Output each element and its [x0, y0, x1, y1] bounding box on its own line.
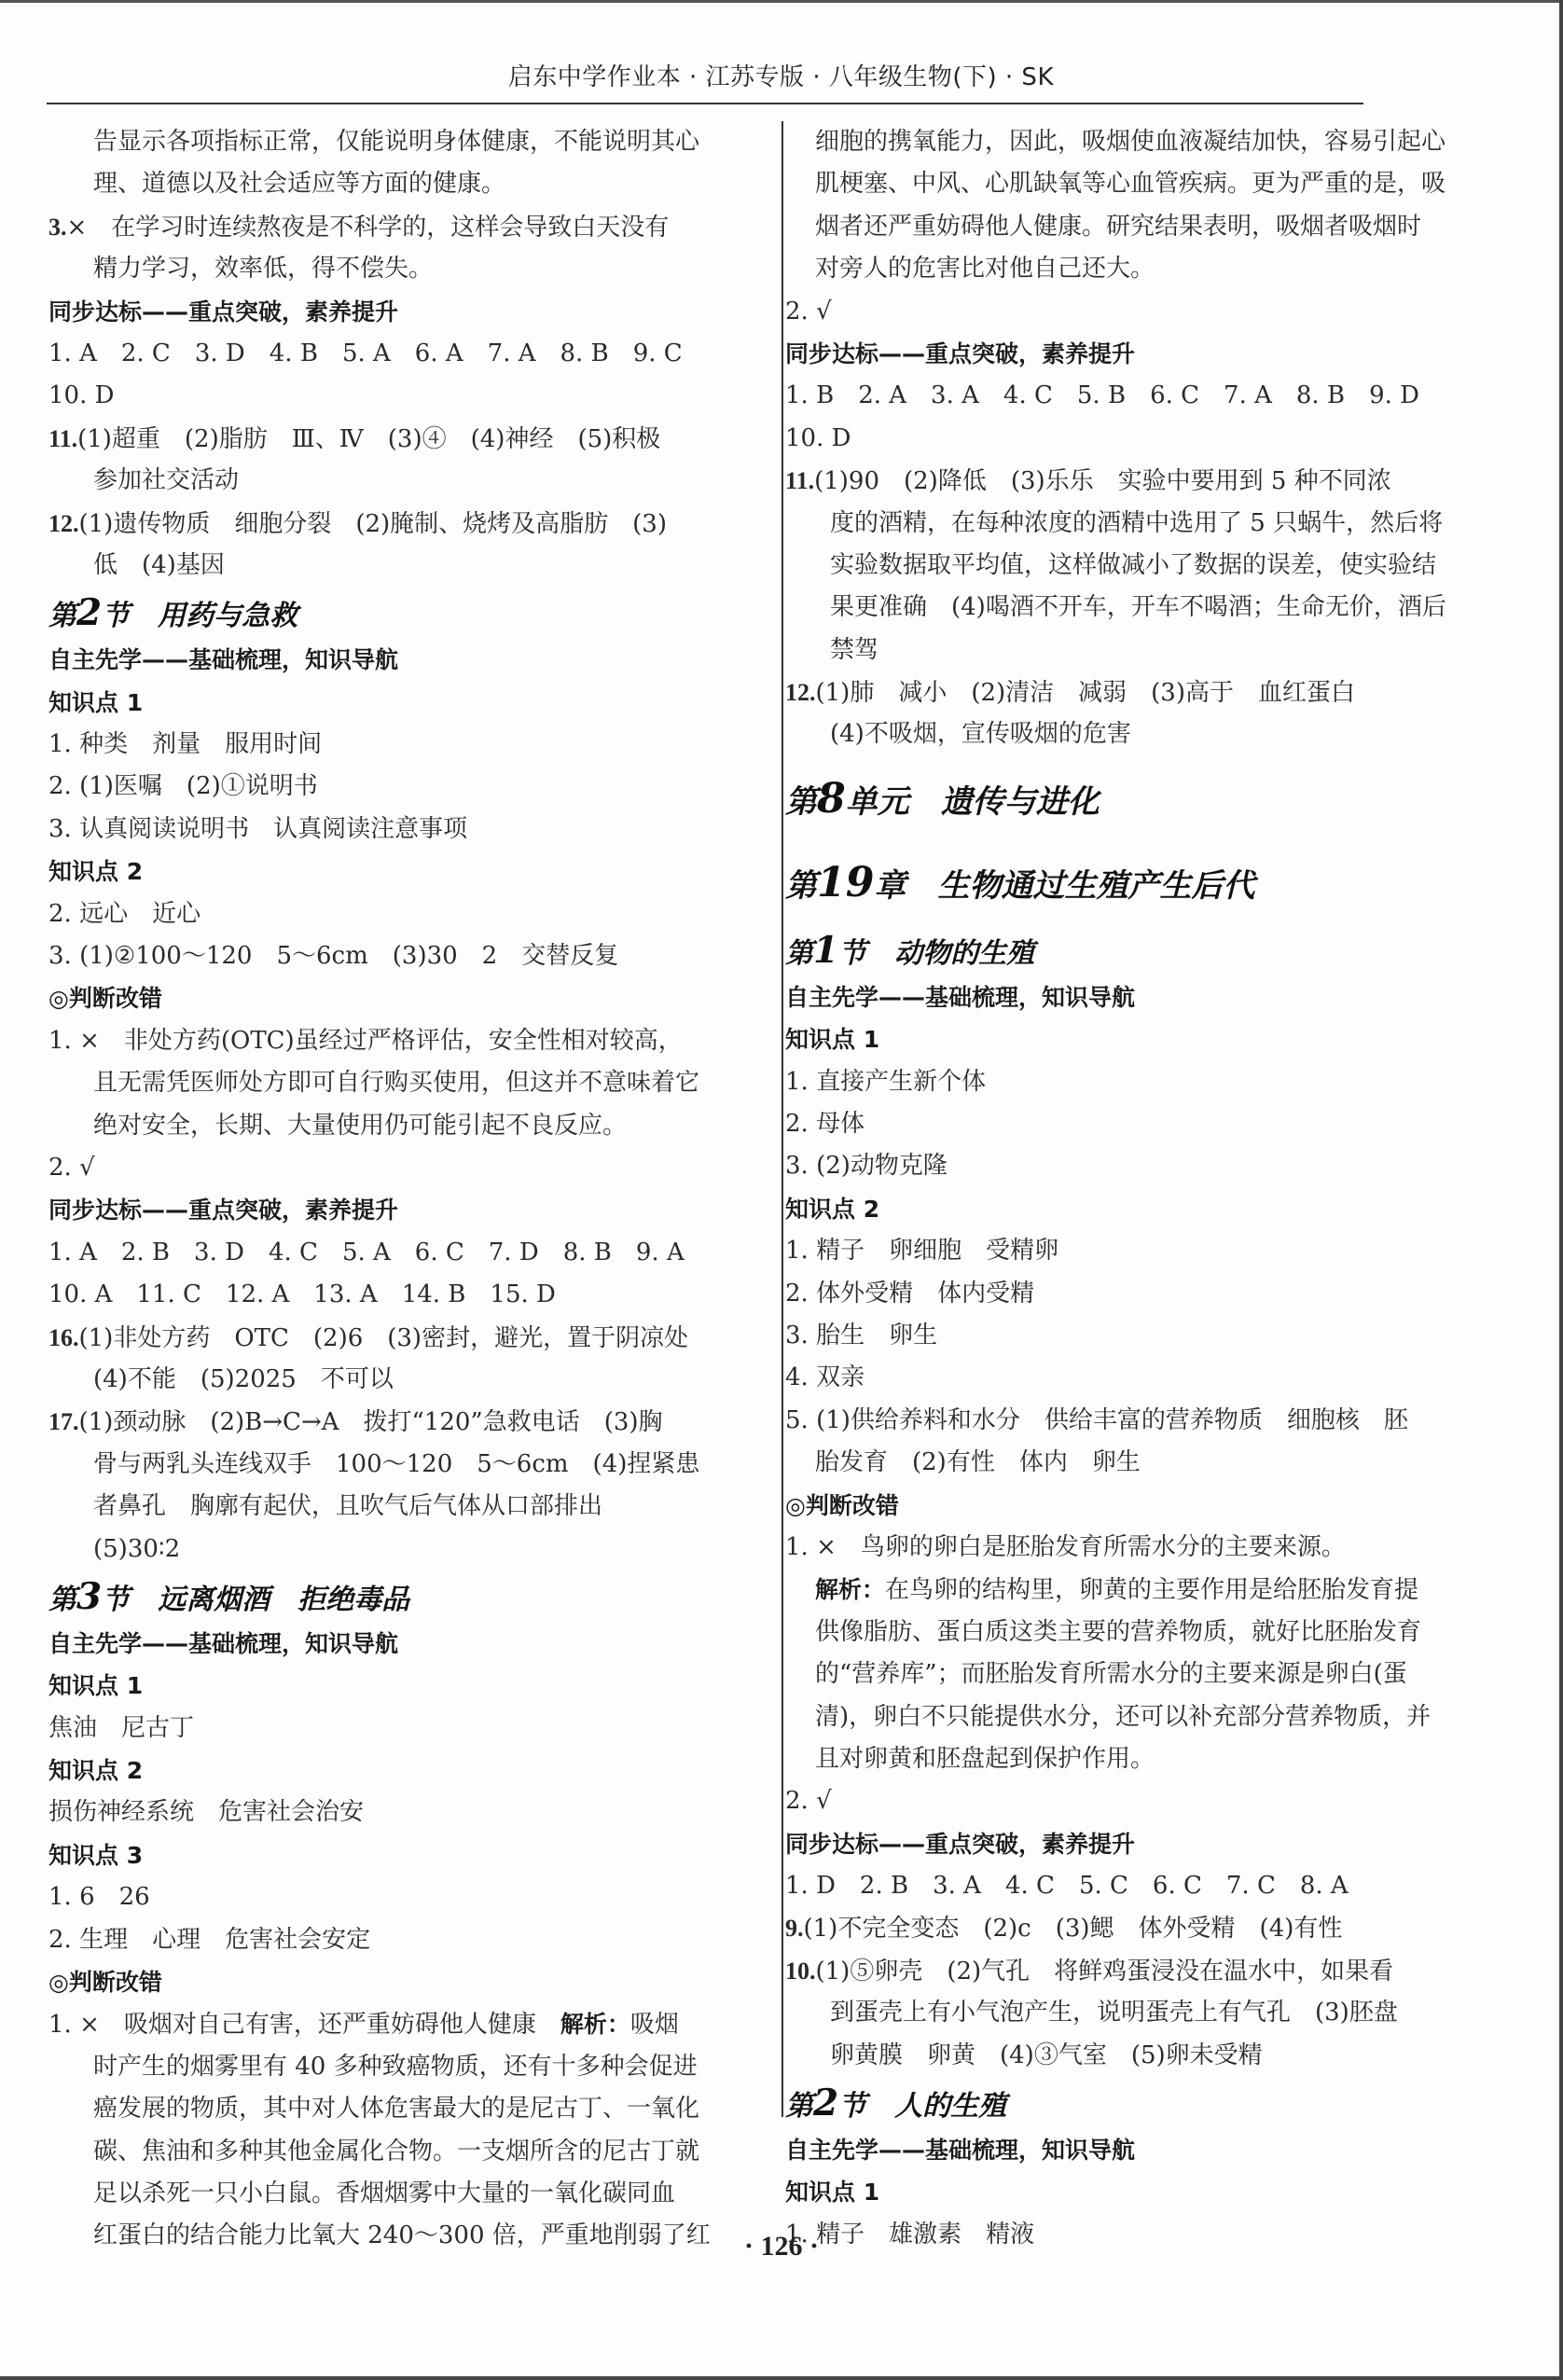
exercise-heading: 同步达标——重点突破，素养提升 [785, 333, 1468, 375]
page-border-bottom [0, 2376, 1563, 2380]
text-line: 参加社交活动 [48, 460, 729, 502]
text-line: 1. 精子 卵细胞 受精卵 [785, 1230, 1468, 1272]
question-11: 11.(1)90 (2)降低 (3)乐乐 实验中要用到 5 种不同浓 [785, 460, 1468, 502]
question-12: 12.(1)遗传物质 细胞分裂 (2)腌制、烧烤及高脂肪 (3) [48, 503, 729, 545]
text-line: 2. 远心 近心 [48, 893, 729, 935]
item-text: × 在学习时连续熬夜是不科学的，这样会导致白天没有 [67, 214, 670, 242]
text-line: 1. × 非处方药(OTC)虽经过严格评估，安全性相对较高， [48, 1020, 729, 1062]
chapter-heading: 第19章 生物通过生殖产生后代 [785, 840, 1468, 924]
text-line: 焦油 尼古丁 [48, 1708, 729, 1750]
text-line: 实验数据取平均值，这样做减小了数据的误差，使实验结 [785, 545, 1468, 587]
text-line: 卵黄膜 卵黄 (4)③气室 (5)卵未受精 [785, 2035, 1468, 2077]
item-number: 11. [48, 425, 77, 452]
running-header: 启东中学作业本 · 江苏专版 · 八年级生物(下) · SK [0, 58, 1054, 92]
unit-heading: 第8单元 遗传与进化 [785, 756, 1468, 840]
answer: 8. B [563, 1232, 612, 1274]
item-text: (1)超重 (2)脂肪 Ⅲ、Ⅳ (3)④ (4)神经 (5)积极 [77, 425, 660, 453]
judge-item-3: 3.× 在学习时连续熬夜是不科学的，这样会导致白天没有 [48, 206, 729, 248]
text-line: 碳、焦油和多种其他金属化合物。一支烟所含的尼古丁就 [48, 2131, 729, 2173]
text-line: 2. (1)医嘱 (2)①说明书 [48, 766, 729, 808]
answer: 2. C [121, 333, 171, 375]
answer: 1. D [785, 1865, 836, 1907]
text-line: 1. × 吸烟对自己有害，还严重妨碍他人健康 解析：吸烟 [48, 2003, 729, 2045]
knowledge-point-label: 知识点 1 [48, 682, 729, 724]
item-text: (1)不完全变态 (2)c (3)鳃 体外受精 (4)有性 [804, 1915, 1343, 1943]
item-text: (1)⑤卵壳 (2)气孔 将鲜鸡蛋浸没在温水中，如果看 [816, 1958, 1394, 1986]
heading-number: 3 [76, 1575, 102, 1618]
right-column: 细胞的携氧能力，因此，吸烟使血液凝结加快，容易引起心 肌梗塞、中风、心肌缺氧等心… [785, 121, 1468, 2256]
page-border-right [1559, 0, 1563, 2380]
judge-heading: ◎判断改错 [48, 977, 729, 1019]
question-9: 9.(1)不完全变态 (2)c (3)鳃 体外受精 (4)有性 [785, 1907, 1468, 1949]
answer: 2. A [858, 375, 906, 417]
text-line: 供像脂肪、蛋白质这类主要的营养物质，就好比胚胎发育 [785, 1612, 1468, 1654]
answer-row: 1. D2. B3. A4. C5. C6. C7. C8. A [785, 1865, 1468, 1907]
item-number: 12. [48, 510, 79, 537]
answer: 8. B [1296, 375, 1345, 417]
answer: 13. A [313, 1274, 377, 1316]
page-number: · 126 · [0, 2231, 1563, 2262]
answer: 8. A [1300, 1865, 1349, 1907]
heading-prefix: 第 [785, 867, 817, 905]
answer: 6. C [1150, 375, 1199, 417]
analysis-label: 解析： [560, 2011, 630, 2038]
heading-number: 19 [817, 858, 875, 906]
answer: 7. A [1224, 375, 1272, 417]
item-text: (1)遗传物质 细胞分裂 (2)腌制、烧烤及高脂肪 (3) [79, 510, 668, 538]
text-line: 癌发展的物质，其中对人体危害最大的是尼古丁、一氧化 [48, 2088, 729, 2130]
exercise-heading: 同步达标——重点突破，素养提升 [785, 1823, 1468, 1865]
column-divider [781, 121, 783, 2117]
section-heading: 第3节 远离烟酒 拒绝毒品 [48, 1571, 729, 1623]
text-line: 精力学习，效率低，得不偿失。 [48, 248, 729, 290]
subsection-heading: 自主先学——基础梳理，知识导航 [785, 2129, 1468, 2171]
heading-number: 1 [813, 929, 838, 972]
text-line: (4)不能 (5)2025 不可以 [48, 1359, 729, 1401]
answer-row: 1. A2. C3. D4. B5. A6. A7. A8. B9. C [48, 333, 729, 375]
item-number: 17. [48, 1408, 79, 1435]
exercise-heading: 同步达标——重点突破，素养提升 [48, 291, 729, 333]
answer: 3. D [194, 1232, 244, 1274]
answer: 2. B [860, 1865, 908, 1907]
heading-title: 单元 遗传与进化 [846, 783, 1100, 821]
item-number: 16. [48, 1324, 79, 1351]
heading-title: 节 远离烟酒 拒绝毒品 [102, 1584, 409, 1616]
item-text: 吸烟 [630, 2011, 679, 2039]
heading-title: 节 用药与急救 [102, 600, 297, 632]
answer: 7. A [488, 333, 536, 375]
text-line: 细胞的携氧能力，因此，吸烟使血液凝结加快，容易引起心 [785, 121, 1468, 163]
answer: 6. C [1153, 1865, 1202, 1907]
text-line: 3. (1)②100～120 5～6cm (3)30 2 交替反复 [48, 935, 729, 977]
text-line: 1. × 鸟卵的卵白是胚胎发育所需水分的主要来源。 [785, 1527, 1468, 1569]
knowledge-point-label: 知识点 2 [785, 1188, 1468, 1230]
answer: 15. D [490, 1274, 555, 1316]
heading-number: 2 [76, 591, 102, 634]
left-column: 告显示各项指标正常，仅能说明身体健康，不能说明其心 理、道德以及社会适应等方面的… [48, 121, 729, 2258]
text-line: 损伤神经系统 危害社会治安 [48, 1792, 729, 1833]
answer: 4. C [1005, 1865, 1055, 1907]
answer: 7. D [489, 1232, 539, 1274]
answer: 5. C [1079, 1865, 1128, 1907]
text-line: 2. 生理 心理 危害社会安定 [48, 1919, 729, 1961]
judge-heading: ◎判断改错 [785, 1485, 1468, 1527]
page-border-top [0, 0, 1563, 3]
answer-row: 1. A2. B3. D4. C5. A6. C7. D8. B9. A [48, 1232, 729, 1274]
subsection-heading: 自主先学——基础梳理，知识导航 [785, 976, 1468, 1018]
heading-prefix: 第 [785, 937, 813, 970]
item-number: 9. [785, 1915, 804, 1942]
answer: 8. B [560, 333, 609, 375]
answer-row: 10. A11. C12. A13. A14. B15. D [48, 1274, 729, 1316]
text-line: 足以杀死一只小白鼠。香烟烟雾中大量的一氧化碳同血 [48, 2173, 729, 2215]
text-line: 告显示各项指标正常，仅能说明身体健康，不能说明其心 [48, 121, 729, 163]
text-line: 1. 6 26 [48, 1876, 729, 1918]
text-line: 时产生的烟雾里有 40 多种致癌物质，还有十多种会促进 [48, 2046, 729, 2088]
answer-row: 1. B2. A3. A4. C5. B6. C7. A8. B9. D [785, 375, 1468, 417]
item-number: 12. [785, 679, 816, 706]
answer: 2. B [121, 1232, 170, 1274]
heading-number: 8 [817, 774, 846, 823]
text-line: (4)不吸烟，宣传吸烟的危害 [785, 713, 1468, 755]
header-rule [47, 103, 1363, 104]
answer: 4. B [270, 333, 318, 375]
answer: 4. C [1003, 375, 1053, 417]
item-number: 11. [785, 467, 814, 494]
item-text: 1. × 吸烟对自己有害，还严重妨碍他人健康 [48, 2011, 560, 2039]
answer: 3. A [931, 375, 979, 417]
heading-prefix: 第 [48, 1584, 76, 1616]
text-line: 清)，卵白不只能提供水分，还可以补充部分营养物质，并 [785, 1696, 1468, 1738]
knowledge-point-label: 知识点 1 [785, 1018, 1468, 1060]
text-line: 2. √ [785, 1780, 1468, 1822]
text-line: 4. 双亲 [785, 1357, 1468, 1399]
judge-heading: ◎判断改错 [48, 1961, 729, 2003]
item-text: (1)颈动脉 (2)B→C→A 拨打“120”急救电话 (3)胸 [79, 1408, 663, 1436]
text-line: 理、道德以及社会适应等方面的健康。 [48, 163, 729, 205]
heading-prefix: 第 [785, 783, 817, 821]
text-line: (5)30∶2 [48, 1529, 729, 1571]
text-line: 对旁人的危害比对他自己还大。 [785, 248, 1468, 290]
answer: 5. A [342, 1232, 391, 1274]
text-line: 烟者还严重妨碍他人健康。研究结果表明，吸烟者吸烟时 [785, 206, 1468, 248]
item-text: 在鸟卵的结构里，卵黄的主要作用是给胚胎发育提 [885, 1576, 1418, 1604]
answer: 3. D [195, 333, 245, 375]
text-line: 3. (2)动物克隆 [785, 1145, 1468, 1187]
answer: 6. C [415, 1232, 464, 1274]
heading-title: 节 动物的生殖 [838, 937, 1034, 970]
answer-row: 10. D [785, 418, 1468, 460]
answer: 14. B [402, 1274, 466, 1316]
text-line: 胎发育 (2)有性 体内 卵生 [785, 1442, 1468, 1484]
text-line: 禁驾 [785, 630, 1468, 671]
question-12: 12.(1)肺 减小 (2)清洁 减弱 (3)高于 血红蛋白 [785, 671, 1468, 713]
section-heading: 第2节 人的生殖 [785, 2077, 1468, 2129]
question-10: 10.(1)⑤卵壳 (2)气孔 将鲜鸡蛋浸没在温水中，如果看 [785, 1950, 1468, 1992]
text-line: 果更准确 (4)喝酒不开车，开车不喝酒；生命无价，酒后 [785, 587, 1468, 629]
item-text: (1)90 (2)降低 (3)乐乐 实验中要用到 5 种不同浓 [814, 467, 1391, 495]
text-line: 的“营养库”；而胚胎发育所需水分的主要来源是卵白(蛋 [785, 1654, 1468, 1695]
answer: 1. A [48, 333, 97, 375]
answer: 6. A [415, 333, 463, 375]
section-heading: 第1节 动物的生殖 [785, 924, 1468, 976]
text-line: 1. 种类 剂量 服用时间 [48, 724, 729, 766]
answer: 9. C [633, 333, 683, 375]
subsection-heading: 自主先学——基础梳理，知识导航 [48, 1623, 729, 1665]
answer: 10. A [48, 1274, 112, 1316]
answer: 9. D [1369, 375, 1419, 417]
answer-row: 10. D [48, 375, 729, 417]
answer: 5. B [1077, 375, 1126, 417]
section-heading: 第2节 用药与急救 [48, 587, 729, 639]
answer: 1. B [785, 375, 834, 417]
text-line: 1. 直接产生新个体 [785, 1061, 1468, 1103]
text-line: 解析：在鸟卵的结构里，卵黄的主要作用是给胚胎发育提 [785, 1569, 1468, 1611]
text-line: 2. √ [785, 291, 1468, 333]
knowledge-point-label: 知识点 1 [48, 1665, 729, 1707]
item-text: (1)肺 减小 (2)清洁 减弱 (3)高于 血红蛋白 [816, 679, 1356, 707]
answer: 9. A [636, 1232, 685, 1274]
text-line: 2. 体外受精 体内受精 [785, 1273, 1468, 1315]
knowledge-point-label: 知识点 2 [48, 851, 729, 892]
answer: 4. C [269, 1232, 318, 1274]
subsection-heading: 自主先学——基础梳理，知识导航 [48, 639, 729, 681]
exercise-heading: 同步达标——重点突破，素养提升 [48, 1189, 729, 1231]
answer: 11. C [136, 1274, 201, 1316]
answer: 12. A [226, 1274, 289, 1316]
text-line: 2. √ [48, 1147, 729, 1189]
item-number: 10. [785, 1958, 816, 1985]
text-line: 且无需凭医师处方即可自行购买使用，但这并不意味着它 [48, 1062, 729, 1104]
item-number: 3. [48, 214, 67, 241]
answer: 3. A [933, 1865, 981, 1907]
heading-prefix: 第 [48, 600, 76, 632]
heading-title: 节 人的生殖 [838, 2090, 1006, 2123]
text-line: 3. 胎生 卵生 [785, 1315, 1468, 1357]
answer: 1. A [48, 1232, 97, 1274]
text-line: 绝对安全，长期、大量使用仍可能引起不良反应。 [48, 1105, 729, 1147]
answer: 5. A [342, 333, 391, 375]
question-16: 16.(1)非处方药 OTC (2)6 (3)密封，避光，置于阴凉处 [48, 1317, 729, 1359]
item-text: (1)非处方药 OTC (2)6 (3)密封，避光，置于阴凉处 [79, 1324, 689, 1352]
text-line: 到蛋壳上有小气泡产生，说明蛋壳上有气孔 (3)胚盘 [785, 1992, 1468, 2034]
question-11: 11.(1)超重 (2)脂肪 Ⅲ、Ⅳ (3)④ (4)神经 (5)积极 [48, 418, 729, 460]
knowledge-point-label: 知识点 3 [48, 1834, 729, 1876]
heading-number: 2 [813, 2082, 838, 2124]
text-line: 度的酒精，在每种浓度的酒精中选用了 5 只蜗牛，然后将 [785, 503, 1468, 545]
text-line: 骨与两乳头连线双手 100～120 5～6cm (4)捏紧患 [48, 1444, 729, 1486]
knowledge-point-label: 知识点 1 [785, 2171, 1468, 2213]
text-line: 者鼻孔 胸廓有起伏，且吹气后气体从口部排出 [48, 1486, 729, 1528]
text-line: 3. 认真阅读说明书 认真阅读注意事项 [48, 809, 729, 851]
text-line: 且对卵黄和胚盘起到保护作用。 [785, 1738, 1468, 1780]
heading-prefix: 第 [785, 2090, 813, 2123]
answer: 7. C [1226, 1865, 1276, 1907]
text-line: 5. (1)供给养料和水分 供给丰富的营养物质 细胞核 胚 [785, 1400, 1468, 1442]
text-line: 低 (4)基因 [48, 545, 729, 587]
question-17: 17.(1)颈动脉 (2)B→C→A 拨打“120”急救电话 (3)胸 [48, 1401, 729, 1443]
analysis-label: 解析： [815, 1576, 885, 1603]
heading-title: 章 生物通过生殖产生后代 [875, 867, 1255, 905]
text-line: 2. 母体 [785, 1103, 1468, 1145]
knowledge-point-label: 知识点 2 [48, 1750, 729, 1792]
text-line: 肌梗塞、中风、心肌缺氧等心血管疾病。更为严重的是，吸 [785, 163, 1468, 205]
